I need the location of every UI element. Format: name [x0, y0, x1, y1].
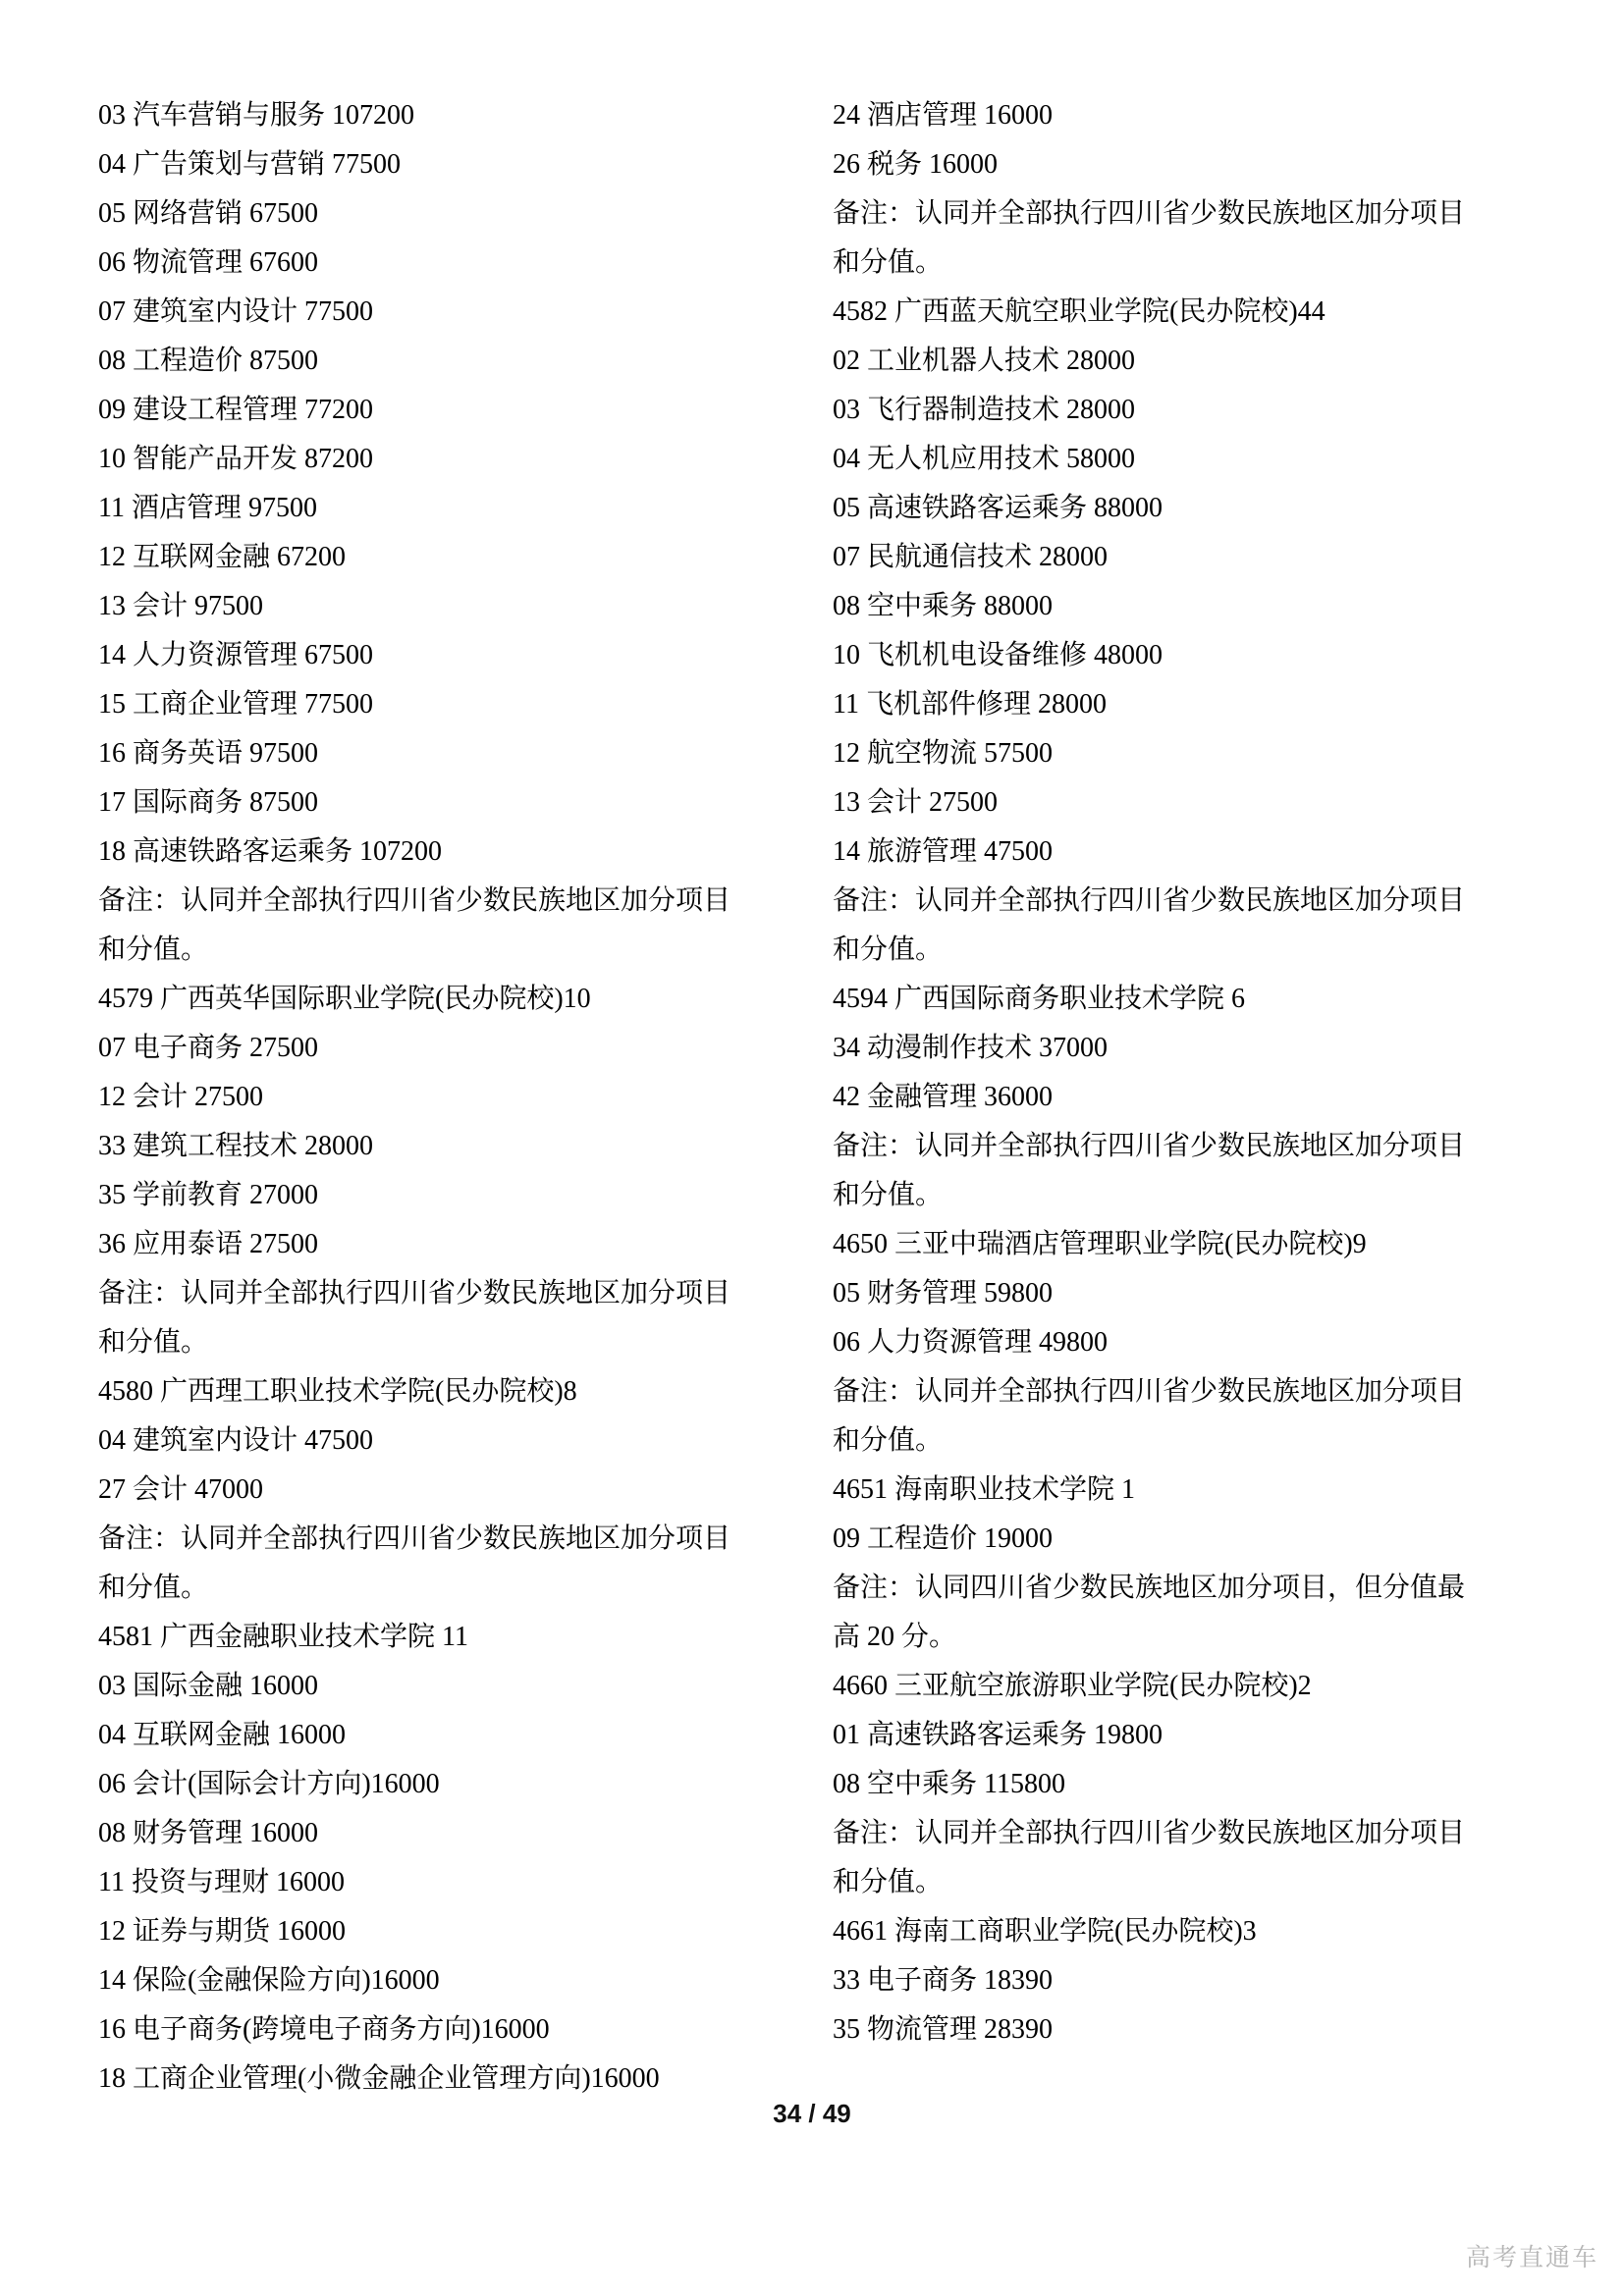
list-item: 04 互联网金融 16000: [98, 1711, 766, 1760]
list-item: 16 电子商务(跨境电子商务方向)16000: [98, 2005, 766, 2055]
list-item: 24 酒店管理 16000: [833, 91, 1500, 140]
list-item: 36 应用泰语 27500: [98, 1220, 766, 1269]
list-item: 07 建筑室内设计 77500: [98, 288, 766, 337]
list-item: 和分值。: [833, 1858, 1500, 1907]
list-item: 备注：认同并全部执行四川省少数民族地区加分项目: [833, 1367, 1500, 1416]
list-item: 08 空中乘务 115800: [833, 1760, 1500, 1809]
left-column: 03 汽车营销与服务 10720004 广告策划与营销 7750005 网络营销…: [98, 91, 766, 2104]
list-item: 33 建筑工程技术 28000: [98, 1122, 766, 1171]
list-item: 备注：认同并全部执行四川省少数民族地区加分项目: [98, 1269, 766, 1318]
list-item: 12 证券与期货 16000: [98, 1907, 766, 1956]
list-item: 10 飞机机电设备维修 48000: [833, 631, 1500, 680]
list-item: 01 高速铁路客运乘务 19800: [833, 1711, 1500, 1760]
list-item: 和分值。: [98, 1318, 766, 1367]
list-item: 14 旅游管理 47500: [833, 828, 1500, 877]
list-item: 备注：认同并全部执行四川省少数民族地区加分项目: [833, 877, 1500, 926]
list-item: 高 20 分。: [833, 1613, 1500, 1662]
list-item: 和分值。: [98, 926, 766, 975]
list-item: 和分值。: [833, 1171, 1500, 1220]
list-item: 13 会计 27500: [833, 778, 1500, 828]
list-item: 09 工程造价 19000: [833, 1515, 1500, 1564]
list-item: 15 工商企业管理 77500: [98, 680, 766, 729]
list-item: 33 电子商务 18390: [833, 1956, 1500, 2005]
list-item: 11 酒店管理 97500: [98, 484, 766, 533]
list-item: 12 会计 27500: [98, 1073, 766, 1122]
list-item: 14 人力资源管理 67500: [98, 631, 766, 680]
list-item: 03 国际金融 16000: [98, 1662, 766, 1711]
list-item: 13 会计 97500: [98, 582, 766, 631]
list-item: 4579 广西英华国际职业学院(民办院校)10: [98, 975, 766, 1024]
list-item: 26 税务 16000: [833, 140, 1500, 189]
list-item: 27 会计 47000: [98, 1466, 766, 1515]
list-item: 08 空中乘务 88000: [833, 582, 1500, 631]
list-item: 11 投资与理财 16000: [98, 1858, 766, 1907]
list-item: 4660 三亚航空旅游职业学院(民办院校)2: [833, 1662, 1500, 1711]
list-item: 备注：认同并全部执行四川省少数民族地区加分项目: [833, 1809, 1500, 1858]
list-item: 08 财务管理 16000: [98, 1809, 766, 1858]
list-item: 10 智能产品开发 87200: [98, 435, 766, 484]
document-page: 03 汽车营销与服务 10720004 广告策划与营销 7750005 网络营销…: [0, 0, 1624, 2296]
list-item: 02 工业机器人技术 28000: [833, 337, 1500, 386]
list-item: 06 物流管理 67600: [98, 239, 766, 288]
list-item: 06 会计(国际会计方向)16000: [98, 1760, 766, 1809]
list-item: 03 飞行器制造技术 28000: [833, 386, 1500, 435]
list-item: 备注：认同四川省少数民族地区加分项目，但分值最: [833, 1564, 1500, 1613]
right-column: 24 酒店管理 1600026 税务 16000备注：认同并全部执行四川省少数民…: [833, 91, 1500, 2055]
list-item: 05 高速铁路客运乘务 88000: [833, 484, 1500, 533]
list-item: 42 金融管理 36000: [833, 1073, 1500, 1122]
list-item: 05 网络营销 67500: [98, 189, 766, 239]
list-item: 16 商务英语 97500: [98, 729, 766, 778]
watermark: 高考直通车: [1466, 2238, 1598, 2273]
list-item: 4594 广西国际商务职业技术学院 6: [833, 975, 1500, 1024]
list-item: 备注：认同并全部执行四川省少数民族地区加分项目: [833, 189, 1500, 239]
list-item: 备注：认同并全部执行四川省少数民族地区加分项目: [98, 1515, 766, 1564]
page-number: 34 / 49: [0, 2099, 1624, 2129]
list-item: 07 电子商务 27500: [98, 1024, 766, 1073]
list-item: 备注：认同并全部执行四川省少数民族地区加分项目: [98, 877, 766, 926]
list-item: 和分值。: [98, 1564, 766, 1613]
list-item: 07 民航通信技术 28000: [833, 533, 1500, 582]
list-item: 4661 海南工商职业学院(民办院校)3: [833, 1907, 1500, 1956]
list-item: 18 高速铁路客运乘务 107200: [98, 828, 766, 877]
list-item: 14 保险(金融保险方向)16000: [98, 1956, 766, 2005]
list-item: 35 学前教育 27000: [98, 1171, 766, 1220]
list-item: 17 国际商务 87500: [98, 778, 766, 828]
list-item: 4650 三亚中瑞酒店管理职业学院(民办院校)9: [833, 1220, 1500, 1269]
list-item: 12 航空物流 57500: [833, 729, 1500, 778]
list-item: 备注：认同并全部执行四川省少数民族地区加分项目: [833, 1122, 1500, 1171]
list-item: 34 动漫制作技术 37000: [833, 1024, 1500, 1073]
list-item: 04 无人机应用技术 58000: [833, 435, 1500, 484]
list-item: 和分值。: [833, 1416, 1500, 1466]
list-item: 05 财务管理 59800: [833, 1269, 1500, 1318]
list-item: 35 物流管理 28390: [833, 2005, 1500, 2055]
list-item: 04 广告策划与营销 77500: [98, 140, 766, 189]
list-item: 04 建筑室内设计 47500: [98, 1416, 766, 1466]
list-item: 18 工商企业管理(小微金融企业管理方向)16000: [98, 2055, 766, 2104]
list-item: 12 互联网金融 67200: [98, 533, 766, 582]
list-item: 4651 海南职业技术学院 1: [833, 1466, 1500, 1515]
list-item: 4581 广西金融职业技术学院 11: [98, 1613, 766, 1662]
list-item: 09 建设工程管理 77200: [98, 386, 766, 435]
list-item: 06 人力资源管理 49800: [833, 1318, 1500, 1367]
list-item: 11 飞机部件修理 28000: [833, 680, 1500, 729]
list-item: 和分值。: [833, 926, 1500, 975]
list-item: 和分值。: [833, 239, 1500, 288]
list-item: 4580 广西理工职业技术学院(民办院校)8: [98, 1367, 766, 1416]
list-item: 08 工程造价 87500: [98, 337, 766, 386]
list-item: 4582 广西蓝天航空职业学院(民办院校)44: [833, 288, 1500, 337]
list-item: 03 汽车营销与服务 107200: [98, 91, 766, 140]
